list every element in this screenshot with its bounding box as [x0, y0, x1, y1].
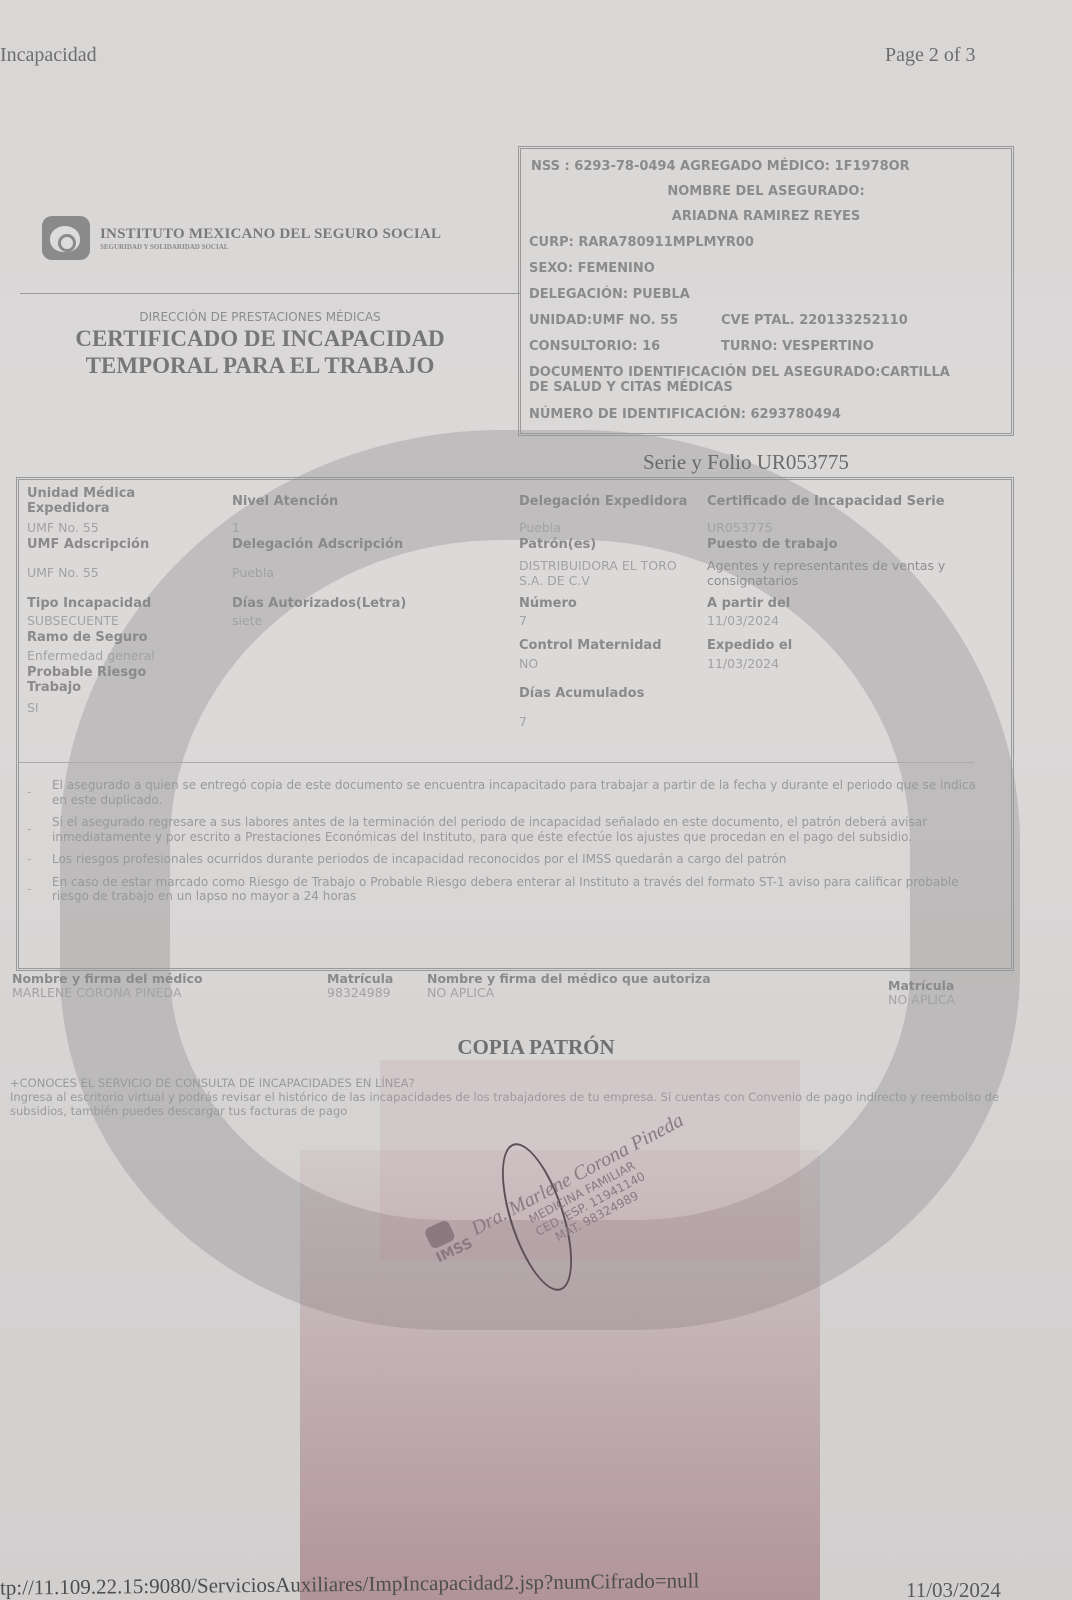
- value-matricula-2: NO APLICA: [888, 992, 955, 1007]
- institution-name: INSTITUTO MEXICANO DEL SEGURO SOCIAL: [100, 226, 441, 243]
- label-umf-adscripcion: UMF Adscripción: [27, 537, 149, 552]
- delegacion: DELEGACIÓN: PUEBLA: [529, 287, 690, 302]
- page-number: Page 2 of 3: [885, 44, 976, 67]
- consultorio: CONSULTORIO: 16: [529, 339, 660, 354]
- insured-info-box: NSS : 6293-78-0494 AGREGADO MÉDICO: 1F19…: [518, 146, 1014, 436]
- label-a-partir: A partir del: [707, 596, 790, 611]
- label-delegacion-adscripcion: Delegación Adscripción: [232, 537, 403, 552]
- label-probable-riesgo: Probable Riesgo Trabajo: [27, 665, 177, 695]
- note-text: En caso de estar marcado como Riesgo de …: [52, 875, 987, 904]
- label-matricula: Matrícula: [327, 971, 393, 986]
- direction-label: DIRECCIÓN DE PRESTACIONES MÉDICAS: [20, 310, 500, 324]
- imss-logo-icon: [42, 216, 90, 260]
- certificate-details-box: Unidad Médica Expedidora UMF No. 55 UMF …: [16, 477, 1014, 971]
- value-expedido: 11/03/2024: [707, 656, 779, 671]
- nss-line: NSS : 6293-78-0494 AGREGADO MÉDICO: 1F19…: [531, 159, 910, 174]
- doc-id-line1: DOCUMENTO IDENTIFICACIÓN DEL ASEGURADO:C…: [529, 365, 950, 380]
- note-text: Los riesgos profesionales ocurridos dura…: [52, 852, 786, 867]
- online-service-promo: +CONOCES EL SERVICIO DE CONSULTA DE INCA…: [10, 1076, 1050, 1118]
- label-unidad-medica-expedidora: Unidad Médica Expedidora: [27, 486, 177, 516]
- note-item: -El asegurado a quien se entregó copia d…: [27, 778, 987, 807]
- promo-heading: +CONOCES EL SERVICIO DE CONSULTA DE INCA…: [10, 1076, 1050, 1090]
- serie-folio: Serie y Folio UR053775: [643, 450, 849, 475]
- value-dias-letra: siete: [232, 613, 262, 628]
- print-url: tp://11.109.22.15:9080/ServiciosAuxiliar…: [0, 1568, 699, 1600]
- value-certificado-serie: UR053775: [707, 520, 773, 535]
- turno: TURNO: VESPERTINO: [721, 339, 874, 354]
- label-patron: Patrón(es): [519, 537, 596, 552]
- label-tipo-incapacidad: Tipo Incapacidad: [27, 596, 151, 611]
- value-umf-adscripcion: UMF No. 55: [27, 565, 99, 580]
- value-a-partir: 11/03/2024: [707, 613, 779, 628]
- label-medico: Nombre y firma del médico: [12, 971, 203, 986]
- promo-text: Ingresa al escritorio virtual y podrás r…: [10, 1090, 1050, 1118]
- cve-ptal: CVE PTAL. 220133252110: [721, 313, 908, 328]
- institution-logo-block: INSTITUTO MEXICANO DEL SEGURO SOCIAL SEG…: [42, 216, 441, 260]
- value-delegacion-adscripcion: Puebla: [232, 565, 274, 580]
- insured-name: ARIADNA RAMIREZ REYES: [521, 209, 1011, 224]
- institution-tagline: SEGURIDAD Y SOLIDARIDAD SOCIAL: [100, 243, 441, 251]
- label-matricula-2: Matrícula: [888, 978, 954, 993]
- doc-id-line2: DE SALUD Y CITAS MÉDICAS: [529, 380, 733, 395]
- value-delegacion-expedidora: Puebla: [519, 520, 561, 535]
- curp: CURP: RARA780911MPLMYR00: [529, 235, 754, 250]
- id-number: NÚMERO DE IDENTIFICACIÓN: 6293780494: [529, 407, 841, 422]
- title-line-1: CERTIFICADO DE INCAPACIDAD: [20, 325, 500, 352]
- value-medico-autoriza: NO APLICA: [427, 985, 494, 1000]
- value-probable-riesgo: SI: [27, 700, 39, 715]
- value-ramo-seguro: Enfermedad general: [27, 648, 155, 663]
- unidad: UNIDAD:UMF NO. 55: [529, 313, 678, 328]
- print-date: 11/03/2024: [906, 1578, 1001, 1600]
- value-unidad-medica-expedidora: UMF No. 55: [27, 520, 99, 535]
- label-dias-acumulados: Días Acumulados: [519, 686, 644, 701]
- title-line-2: TEMPORAL PARA EL TRABAJO: [20, 352, 500, 379]
- value-control-maternidad: NO: [519, 656, 538, 671]
- value-patron: DISTRIBUIDORA EL TORO S.A. DE C.V: [519, 558, 704, 588]
- value-puesto: Agentes y representantes de ventas y con…: [707, 558, 977, 588]
- value-matricula: 98324989: [327, 985, 391, 1000]
- label-numero: Número: [519, 596, 577, 611]
- page-header-title: Incapacidad: [0, 44, 97, 67]
- divider: [19, 762, 974, 763]
- label-dias-letra: Días Autorizados(Letra): [232, 596, 406, 611]
- label-ramo-seguro: Ramo de Seguro: [27, 630, 148, 645]
- value-tipo-incapacidad: SUBSECUENTE: [27, 613, 119, 628]
- label-medico-autoriza: Nombre y firma del médico que autoriza: [427, 971, 711, 986]
- value-dias-acumulados: 7: [519, 714, 527, 729]
- insured-name-label: NOMBRE DEL ASEGURADO:: [521, 184, 1011, 199]
- label-delegacion-expedidora: Delegación Expedidora: [519, 494, 687, 509]
- label-nivel-atencion: Nivel Atención: [232, 494, 338, 509]
- value-nivel-atencion: 1: [232, 520, 240, 535]
- legal-notes: -El asegurado a quien se entregó copia d…: [27, 778, 987, 912]
- note-item: -Los riesgos profesionales ocurridos dur…: [27, 852, 987, 867]
- note-item: -Si el asegurado regresare a sus labores…: [27, 815, 987, 844]
- note-item: -En caso de estar marcado como Riesgo de…: [27, 875, 987, 904]
- note-text: Si el asegurado regresare a sus labores …: [52, 815, 987, 844]
- label-certificado-serie: Certificado de Incapacidad Serie: [707, 494, 945, 509]
- note-text: El asegurado a quien se entregó copia de…: [52, 778, 987, 807]
- copy-label: COPIA PATRÓN: [0, 1035, 1072, 1060]
- certificate-title: CERTIFICADO DE INCAPACIDAD TEMPORAL PARA…: [20, 325, 500, 379]
- value-medico: MARLENE CORONA PINEDA: [12, 985, 182, 1000]
- label-expedido: Expedido el: [707, 638, 792, 653]
- label-control-maternidad: Control Maternidad: [519, 638, 662, 653]
- label-puesto: Puesto de trabajo: [707, 537, 838, 552]
- divider: [20, 293, 520, 294]
- value-numero: 7: [519, 613, 527, 628]
- sexo: SEXO: FEMENINO: [529, 261, 655, 276]
